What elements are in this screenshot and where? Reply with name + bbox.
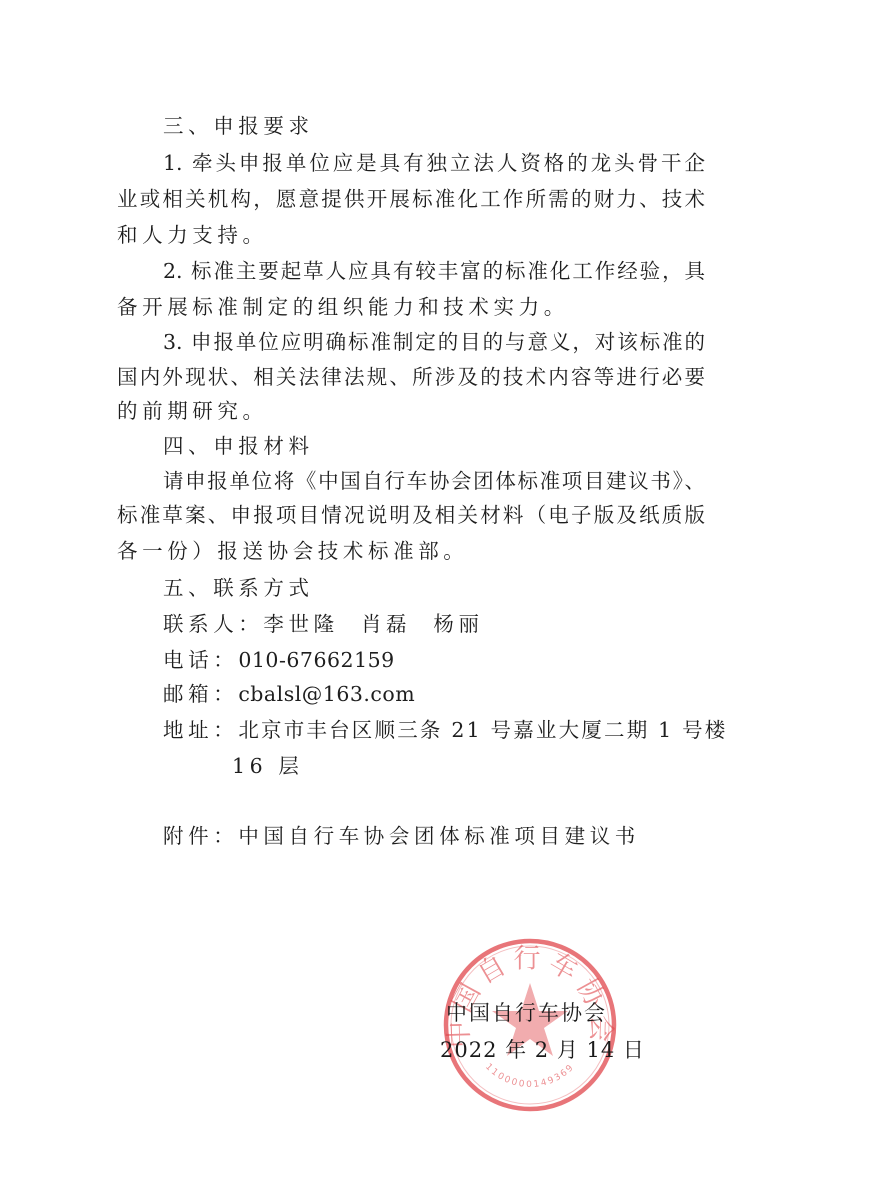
email-label: 邮箱： — [163, 682, 238, 706]
materials-line-3: 各一份）报送协会技术标准部。 — [117, 537, 707, 565]
address-label: 地址： — [163, 718, 238, 742]
email-address[interactable]: cbalsl@163.com — [238, 682, 415, 706]
signature-organization: 中国自行车协会 — [446, 999, 607, 1027]
contact-label: 联系人： — [163, 612, 263, 636]
requirement-2-line-1: 2. 标准主要起草人应具有较丰富的标准化工作经验，具 — [163, 257, 705, 285]
attachment-title: 中国自行车协会团体标准项目建议书 — [238, 824, 640, 848]
section-heading-5: 五、联系方式 — [163, 574, 753, 602]
contact-persons: 联系人：李世隆 肖磊 杨丽 — [163, 610, 753, 638]
attachment: 附件：中国自行车协会团体标准项目建议书 — [163, 822, 753, 850]
requirement-1-line-3: 和人力支持。 — [117, 221, 707, 249]
materials-line-2: 标准草案、申报项目情况说明及相关材料（电子版及纸质版 — [117, 501, 705, 529]
requirement-3-line-3: 的前期研究。 — [117, 397, 707, 425]
materials-line-1: 请申报单位将《中国自行车协会团体标准项目建议书》、 — [163, 467, 705, 495]
requirement-3-line-1: 3. 申报单位应明确标准制定的目的与意义，对该标准的 — [163, 328, 705, 356]
requirement-3-line-2: 国内外现状、相关法律法规、所涉及的技术内容等进行必要 — [117, 363, 705, 391]
requirement-1-line-1: 1. 牵头申报单位应是具有独立法人资格的龙头骨干企 — [163, 149, 705, 177]
address-line-1: 北京市丰台区顺三条 21 号嘉业大厦二期 1 号楼 — [238, 718, 727, 742]
contact-names: 李世隆 肖磊 杨丽 — [263, 612, 483, 636]
document-page: 三、申报要求 1. 牵头申报单位应是具有独立法人资格的龙头骨干企 业或相关机构，… — [0, 0, 872, 1200]
contact-phone: 电话：010-67662159 — [163, 646, 753, 674]
attachment-label: 附件： — [163, 824, 238, 848]
section-heading-3: 三、申报要求 — [163, 112, 753, 140]
phone-number: 010-67662159 — [238, 648, 394, 672]
contact-address: 地址：北京市丰台区顺三条 21 号嘉业大厦二期 1 号楼 — [163, 716, 753, 744]
section-heading-4: 四、申报材料 — [163, 432, 753, 460]
signature-date: 2022 年 2 月 14 日 — [440, 1036, 645, 1064]
phone-label: 电话： — [163, 648, 238, 672]
contact-email: 邮箱：cbalsl@163.com — [163, 680, 753, 708]
requirement-2-line-2: 备开展标准制定的组织能力和技术实力。 — [117, 293, 707, 321]
address-line-2: 16 层 — [232, 752, 822, 780]
svg-text:1100000149369: 1100000149369 — [483, 1062, 577, 1090]
requirement-1-line-2: 业或相关机构，愿意提供开展标准化工作所需的财力、技术 — [117, 185, 705, 213]
